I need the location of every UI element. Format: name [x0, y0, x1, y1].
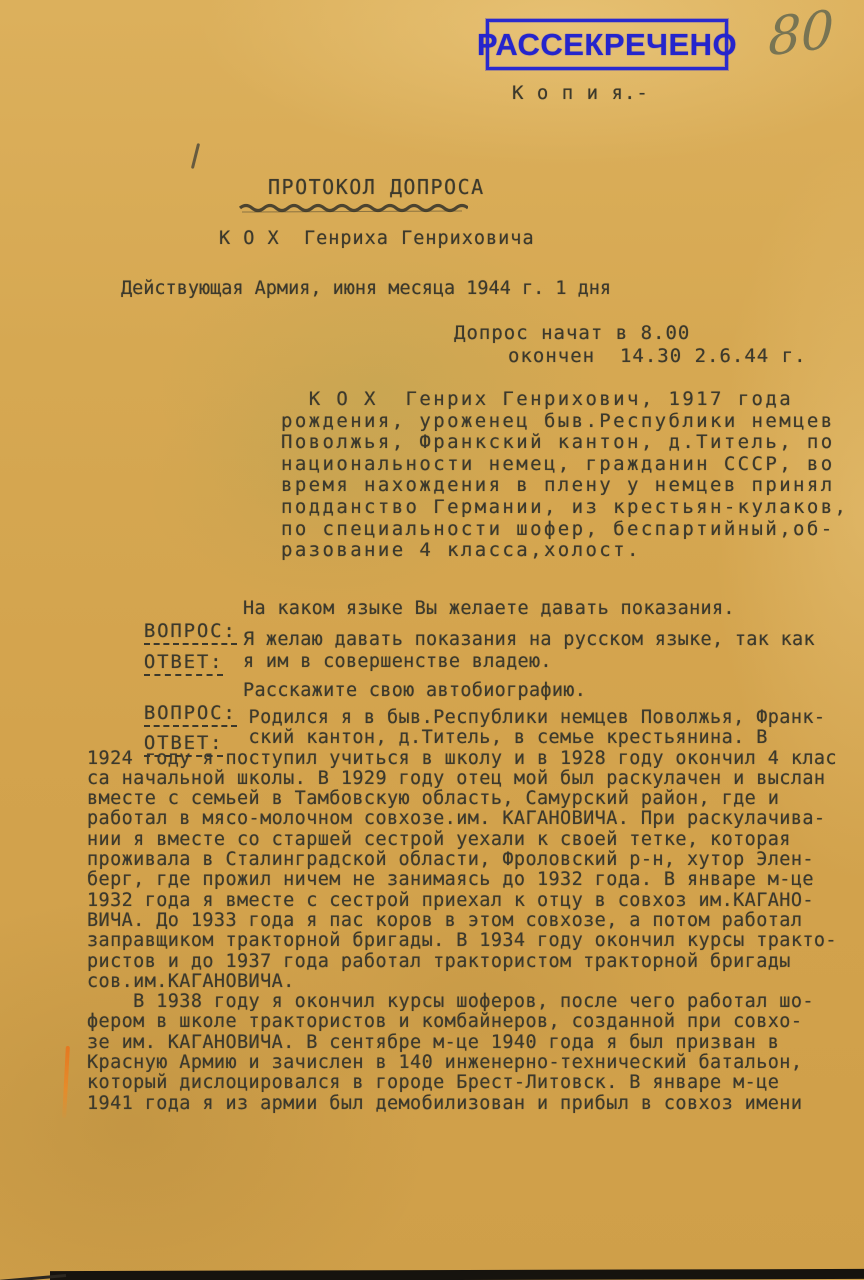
answer-2-autobiography-text: Родился я в быв.Республики немцев Поволж… [87, 708, 837, 1114]
declassified-stamp: РАССЕКРЕЧЕНО [486, 19, 728, 70]
interrogation-end-time: окончен 14.30 2.6.44 г. [508, 345, 807, 367]
answer-1-text: Я желаю давать показания на русском язык… [243, 629, 815, 673]
scan-edge-bottom-strip [50, 1269, 864, 1280]
orange-pencil-streak [62, 1046, 70, 1118]
answer-label: ОТВЕТ: [144, 651, 223, 676]
question-2-text: Расскажите свою автобиографию. [243, 680, 586, 701]
handwritten-slash-mark [191, 143, 200, 169]
subject-name: К О Х Генриха Генриховича [219, 228, 535, 249]
document-title: ПРОТОКОЛ ДОПРОСА [268, 175, 485, 199]
question-1-text: На каком языке Вы желаете давать показан… [243, 598, 735, 619]
interrogation-start-time: Допрос начат в 8.00 [454, 322, 690, 344]
copy-note: К о п и я.- [512, 82, 649, 104]
place-date-line: Действующая Армия, июня месяца 1944 г. 1… [121, 278, 611, 299]
title-wavy-underline [238, 201, 468, 215]
document-scan: { "stamp": { "label": "РАССЕКРЕЧЕНО" }, … [0, 0, 864, 1280]
subject-bio-preamble: К О Х Генрих Генрихович, 1917 года рожде… [281, 389, 848, 562]
declassified-stamp-label: РАССЕКРЕЧЕНО [477, 27, 737, 63]
handwritten-page-number: 80 [768, 0, 835, 68]
